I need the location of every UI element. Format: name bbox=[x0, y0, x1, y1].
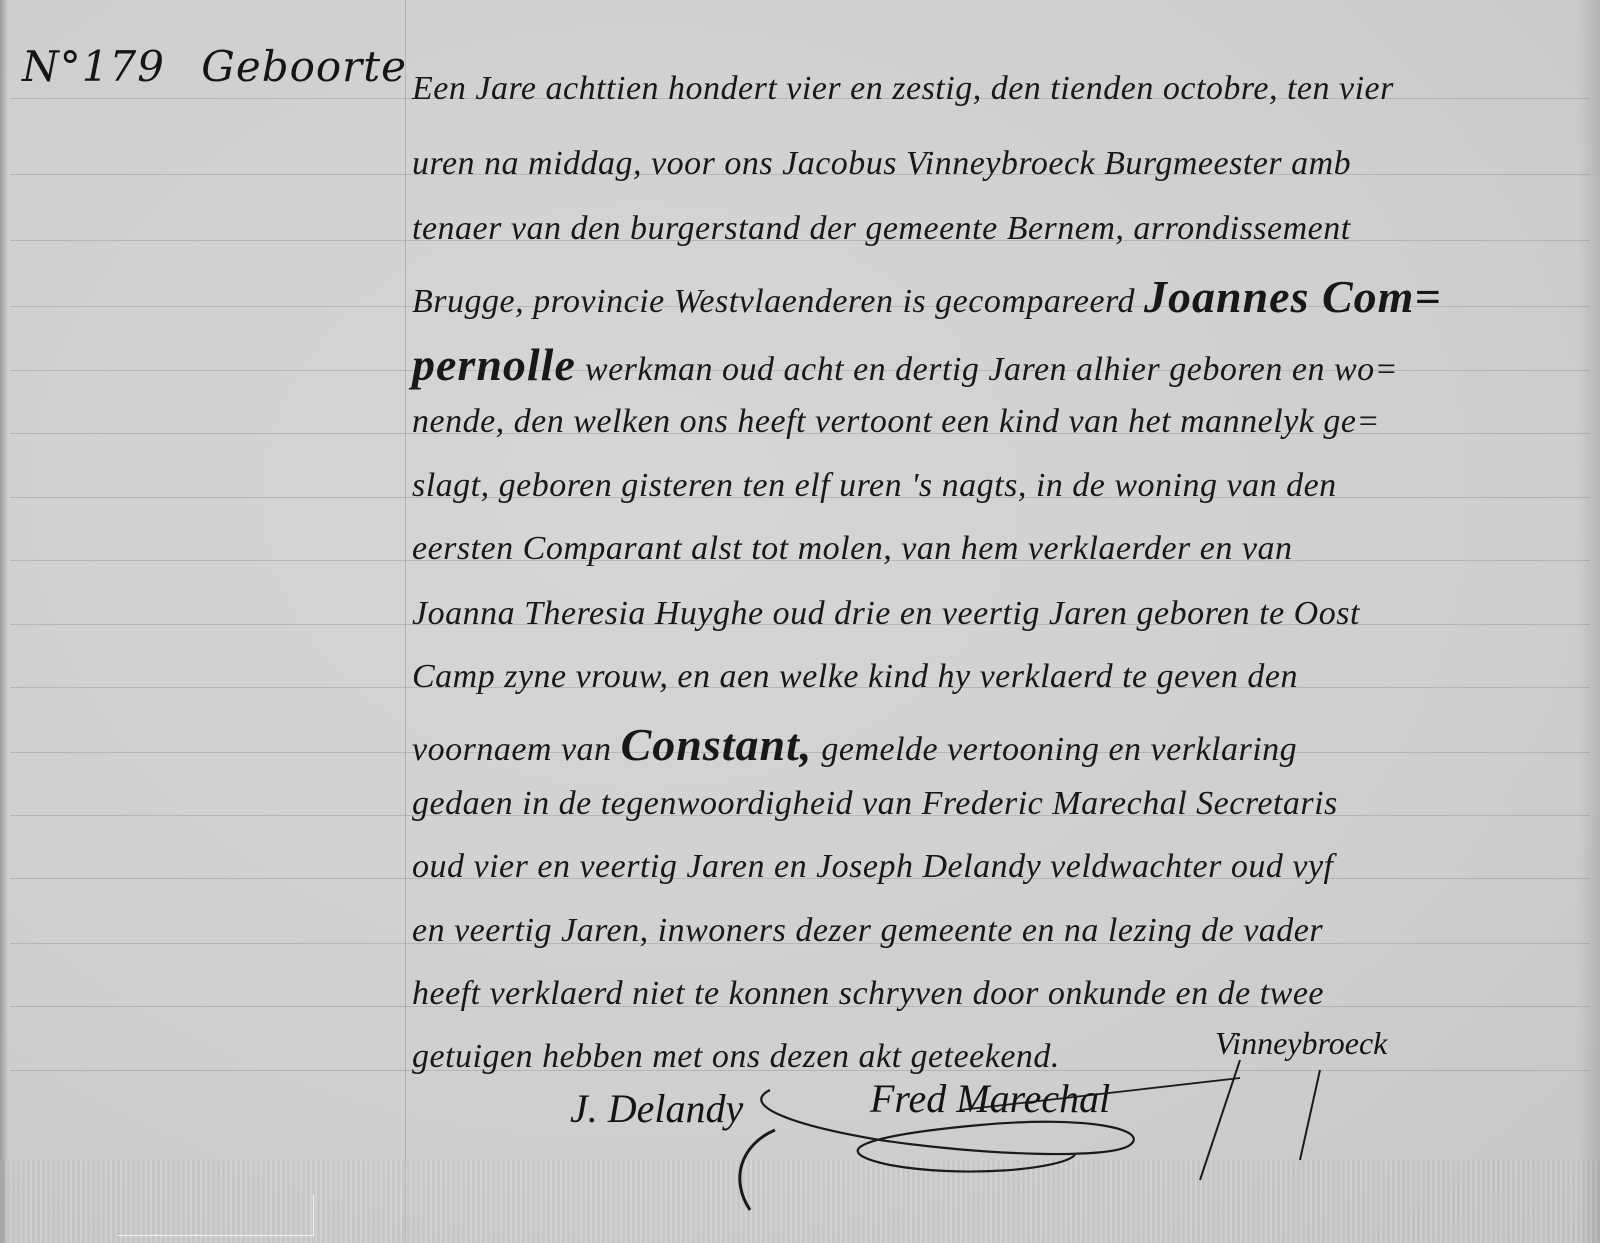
entry-number: N°179 bbox=[22, 42, 165, 91]
record-line: oud vier en veertig Jaren en Joseph Dela… bbox=[412, 848, 1333, 896]
record-line: tenaer van den burgerstand der gemeente … bbox=[412, 210, 1351, 258]
page-left-edge bbox=[0, 0, 8, 1243]
record-line: heeft verklaerd niet te konnen schryven … bbox=[412, 975, 1324, 1023]
signature-witness-marechal: Fred Marechal bbox=[870, 1075, 1110, 1122]
record-line: en veertig Jaren, inwoners dezer gemeent… bbox=[412, 912, 1323, 960]
record-line: gedaen in de tegenwoordigheid van Freder… bbox=[412, 785, 1338, 833]
record-line: Brugge, provincie Westvlaenderen is geco… bbox=[412, 270, 1442, 318]
margin-heading: N°179 Geboorte bbox=[22, 42, 407, 91]
signature-witness-delandy: J. Delandy bbox=[570, 1085, 743, 1132]
record-line: nende, den welken ons heeft vertoont een… bbox=[412, 403, 1380, 451]
entry-type: Geboorte bbox=[201, 42, 407, 91]
page-right-edge bbox=[1578, 0, 1600, 1243]
record-line: uren na middag, voor ons Jacobus Vinneyb… bbox=[412, 145, 1351, 193]
record-line: Camp zyne vrouw, en aen welke kind hy ve… bbox=[412, 658, 1298, 706]
record-line: Joanna Theresia Huyghe oud drie en veert… bbox=[412, 595, 1360, 643]
signature-mayor: Vinneybroeck bbox=[1215, 1025, 1387, 1062]
record-line: slagt, geboren gisteren ten elf uren 's … bbox=[412, 467, 1337, 515]
record-line: Een Jare achttien hondert vier en zestig… bbox=[412, 70, 1394, 118]
record-line: pernolle pernolle werkman oud acht en de… bbox=[412, 338, 1398, 386]
margin-rule bbox=[405, 0, 406, 1243]
record-line: eersten Comparant alst tot molen, van he… bbox=[412, 530, 1292, 578]
signature-block: J. Delandy Fred Marechal bbox=[570, 1085, 1270, 1205]
scanned-page: N°179 Geboorte Een Jare achttien hondert… bbox=[0, 0, 1600, 1243]
place-and-mother-intro: alst tot molen, van hem verklaerder en v… bbox=[691, 530, 1292, 567]
child-given-name: Constant, bbox=[621, 719, 813, 770]
father-given-name: Joannes Com= bbox=[1144, 271, 1442, 322]
record-line: voornaem van Constant, gemelde vertoonin… bbox=[412, 718, 1297, 766]
scan-artifact-box bbox=[118, 1195, 314, 1236]
father-surname-continuation: pernolle bbox=[412, 339, 576, 390]
